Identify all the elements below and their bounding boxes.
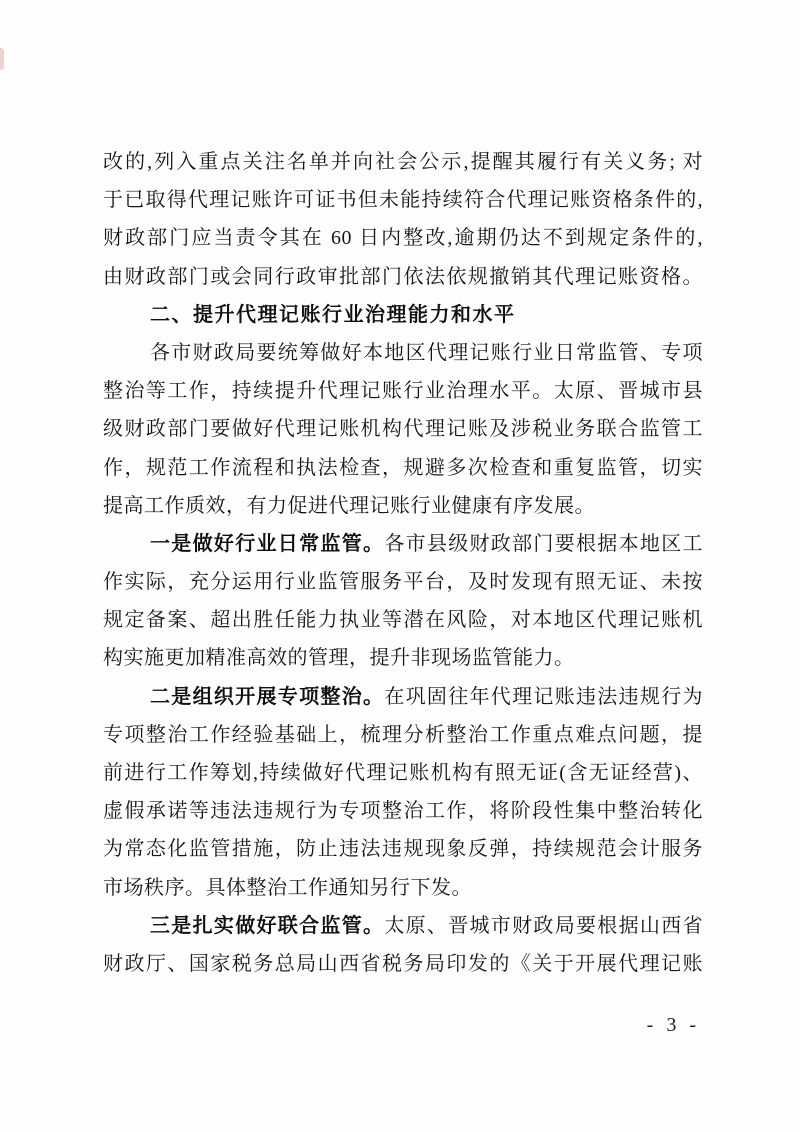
text-line: 构实施更加精准高效的管理，提升非现场监管能力。 (103, 639, 703, 677)
text-line: 专项整治工作经验基础上，梳理分析整治工作重点难点问题，提 (103, 716, 703, 754)
section-heading: 二、提升代理记账行业治理能力和水平 (103, 296, 703, 334)
text-line: 三是扎实做好联合监管。太原、晋城市财政局要根据山西省 (103, 907, 703, 945)
text-line: 二是组织开展专项整治。在巩固往年代理记账违法违规行为 (103, 678, 703, 716)
text-line: 市场秩序。具体整治工作通知另行下发。 (103, 869, 703, 907)
text-line: 一是做好行业日常监管。各市县级财政部门要根据本地区工 (103, 525, 703, 563)
text-line: 于已取得代理记账许可证书但未能持续符合代理记账资格条件的, (103, 181, 703, 219)
text-line: 级财政部门要做好代理记账机构代理记账及涉税业务联合监管工 (103, 410, 703, 448)
page-number: - 3 - (647, 1014, 700, 1037)
text-line: 财政厅、国家税务总局山西省税务局印发的《关于开展代理记账 (103, 945, 703, 983)
text-line: 提高工作质效，有力促进代理记账行业健康有序发展。 (103, 487, 703, 525)
text-line: 整治等工作，持续提升代理记账行业治理水平。太原、晋城市县 (103, 372, 703, 410)
paragraph-lead: 二是组织开展专项整治。 (150, 686, 384, 708)
text-line: 各市财政局要统筹做好本地区代理记账行业日常监管、专项 (103, 334, 703, 372)
text-line: 虚假承诺等违法违规行为专项整治工作，将阶段性集中整治转化 (103, 792, 703, 830)
text-line: 前进行工作筹划,持续做好代理记账机构有照无证(含无证经营)、 (103, 754, 703, 792)
scan-artifact-mark (0, 48, 4, 70)
text-line: 改的,列入重点关注名单并向社会公示,提醒其履行有关义务; 对 (103, 143, 703, 181)
document-body: 改的,列入重点关注名单并向社会公示,提醒其履行有关义务; 对于已取得代理记账许可… (103, 143, 703, 983)
text-line: 为常态化监管措施，防止违法违规现象反弹，持续规范会计服务 (103, 830, 703, 868)
paragraph-lead: 三是扎实做好联合监管。 (150, 915, 384, 937)
text-line: 作实际，充分运用行业监管服务平台，及时发现有照无证、未按 (103, 563, 703, 601)
paragraph-lead: 一是做好行业日常监管。 (150, 533, 384, 555)
text-line: 财政部门应当责令其在 60 日内整改,逾期仍达不到规定条件的, (103, 219, 703, 257)
text-line: 由财政部门或会同行政审批部门依法依规撤销其代理记账资格。 (103, 258, 703, 296)
text-line: 规定备案、超出胜任能力执业等潜在风险，对本地区代理记账机 (103, 601, 703, 639)
document-page: 改的,列入重点关注名单并向社会公示,提醒其履行有关义务; 对于已取得代理记账许可… (0, 0, 800, 1132)
text-line: 作，规范工作流程和执法检查，规避多次检查和重复监管，切实 (103, 449, 703, 487)
